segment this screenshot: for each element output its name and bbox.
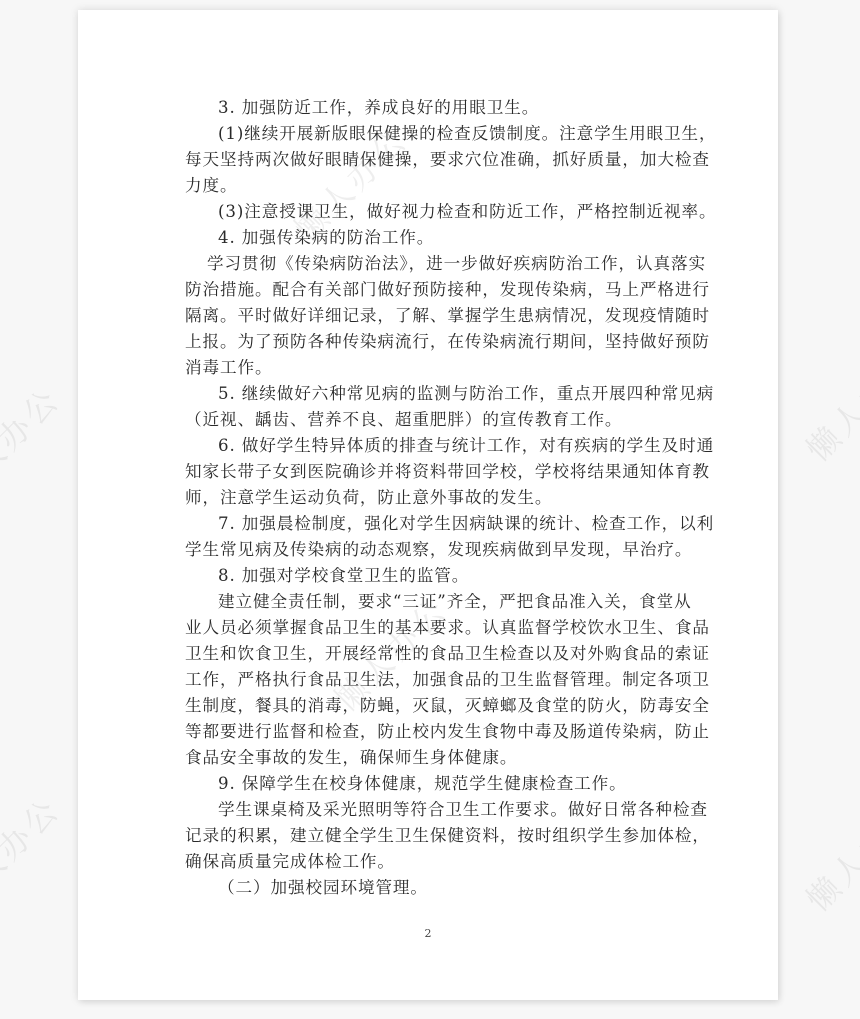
watermark: 懒人办公 — [795, 336, 860, 470]
text-line: 防治措施。配合有关部门做好预防接种，发现传染病，马上严格进行 — [185, 277, 675, 303]
text-line: 力度。 — [185, 173, 675, 199]
text-line: 4. 加强传染病的防治工作。 — [185, 225, 675, 251]
text-line: 业人员必须掌握食品卫生的基本要求。认真监督学校饮水卫生、食品 — [185, 615, 675, 641]
text-line: （近视、龋齿、营养不良、超重肥胖）的宣传教育工作。 — [185, 407, 675, 433]
text-line: 9. 保障学生在校身体健康，规范学生健康检查工作。 — [185, 771, 675, 797]
document-page: 懒人办公 懒人办公 3. 加强防近工作，养成良好的用眼卫生。 (1)继续开展新版… — [78, 10, 778, 1000]
text-line: (3)注意授课卫生，做好视力检查和防近工作，严格控制近视率。 — [185, 199, 675, 225]
text-line: 8. 加强对学校食堂卫生的监管。 — [185, 563, 675, 589]
page-number: 2 — [78, 927, 778, 940]
text-line: 记录的积累，建立健全学生卫生保健资料，按时组织学生参加体检， — [185, 823, 675, 849]
text-line: 工作，严格执行食品卫生法，加强食品的卫生监督管理。制定各项卫 — [185, 667, 675, 693]
text-line: 7. 加强晨检制度，强化对学生因病缺课的统计、检查工作，以利 — [185, 511, 675, 537]
watermark: 懒人办公 — [0, 786, 69, 920]
text-line: 消毒工作。 — [185, 355, 675, 381]
text-line: 每天坚持两次做好眼睛保健操，要求穴位准确，抓好质量，加大检查 — [185, 147, 675, 173]
document-viewer[interactable]: 懒人办公 懒人办公 懒人办公 懒人办公 懒人办公 懒人办公 3. 加强防近工作，… — [0, 0, 860, 1019]
text-line: （二）加强校园环境管理。 — [185, 875, 675, 901]
text-line: 生制度，餐具的消毒，防蝇，灭鼠，灭蟑螂及食堂的防火，防毒安全 — [185, 693, 675, 719]
watermark: 懒人办公 — [795, 786, 860, 920]
text-line: 6. 做好学生特异体质的排查与统计工作，对有疾病的学生及时通 — [185, 433, 675, 459]
text-line: 师，注意学生运动负荷，防止意外事故的发生。 — [185, 485, 675, 511]
text-line: 食品安全事故的发生，确保师生身体健康。 — [185, 745, 675, 771]
text-line: 学习贯彻《传染病防治法》，进一步做好疾病防治工作，认真落实 — [185, 251, 675, 277]
text-line: 上报。为了预防各种传染病流行，在传染病流行期间，坚持做好预防 — [185, 329, 675, 355]
document-body: 3. 加强防近工作，养成良好的用眼卫生。 (1)继续开展新版眼保健操的检查反馈制… — [185, 95, 675, 901]
text-line: 建立健全责任制，要求“三证”齐全，严把食品准入关，食堂从 — [185, 589, 675, 615]
text-line: 等都要进行监督和检查，防止校内发生食物中毒及肠道传染病，防止 — [185, 719, 675, 745]
text-line: 5. 继续做好六种常见病的监测与防治工作，重点开展四种常见病 — [185, 381, 675, 407]
text-line: 知家长带子女到医院确诊并将资料带回学校，学校将结果通知体育教 — [185, 459, 675, 485]
watermark: 懒人办公 — [0, 376, 69, 510]
text-line: 卫生和饮食卫生，开展经常性的食品卫生检查以及对外购食品的索证 — [185, 641, 675, 667]
text-line: (1)继续开展新版眼保健操的检查反馈制度。注意学生用眼卫生， — [185, 121, 675, 147]
text-line: 学生课桌椅及采光照明等符合卫生工作要求。做好日常各种检查 — [185, 797, 675, 823]
text-line: 隔离。平时做好详细记录，了解、掌握学生患病情况，发现疫情随时 — [185, 303, 675, 329]
text-line: 3. 加强防近工作，养成良好的用眼卫生。 — [185, 95, 675, 121]
text-line: 学生常见病及传染病的动态观察，发现疾病做到早发现，早治疗。 — [185, 537, 675, 563]
text-line: 确保高质量完成体检工作。 — [185, 849, 675, 875]
